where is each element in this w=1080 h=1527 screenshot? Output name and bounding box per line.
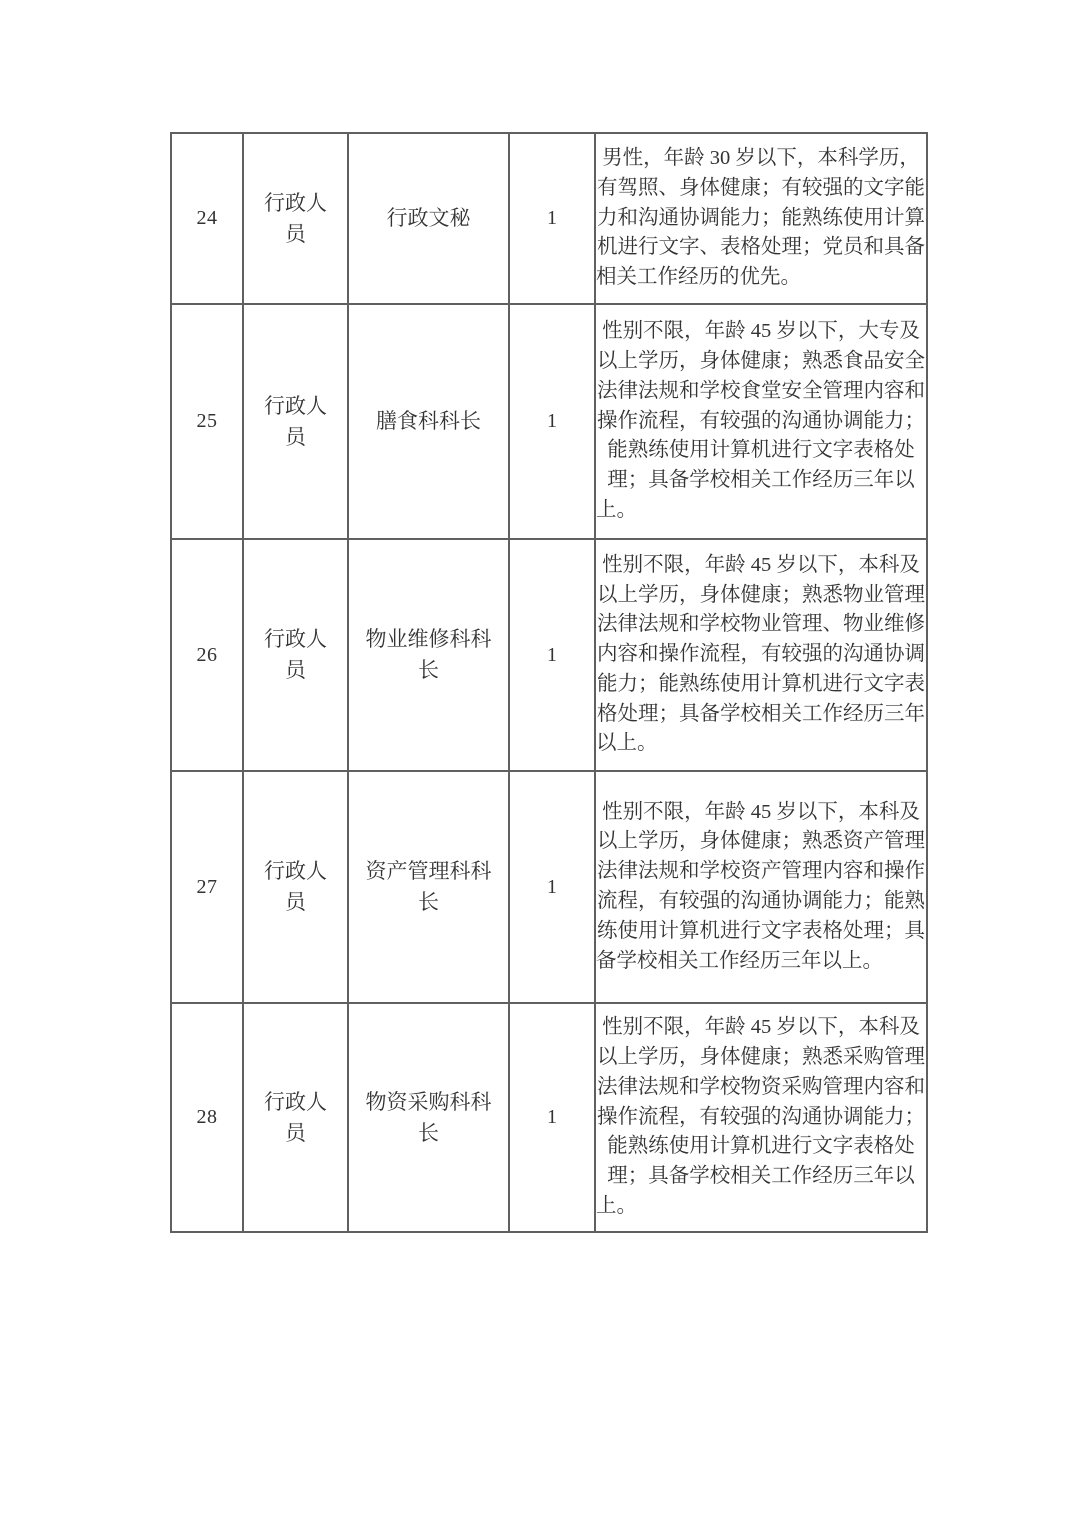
table-row: 28 行政人员 物资采购科科长 1 性别不限，年龄 45 岁以下，本科及以上学历… (171, 1003, 927, 1232)
job-positions-table: 24 行政人员 行政文秘 1 男性，年龄 30 岁以下，本科学历，有驾照、身体健… (170, 132, 928, 1233)
headcount-cell: 1 (509, 771, 595, 1003)
position-text: 资产管理科科长 (360, 856, 498, 918)
position-cell: 膳食科科长 (348, 304, 509, 539)
category-text: 行政人员 (263, 856, 329, 918)
headcount-text: 1 (547, 1106, 557, 1128)
position-text: 行政文秘 (387, 203, 471, 234)
position-cell: 行政文秘 (348, 133, 509, 304)
requirements-cell: 性别不限，年龄 45 岁以下，大专及以上学历，身体健康；熟悉食品安全法律法规和学… (595, 304, 927, 539)
headcount-cell: 1 (509, 133, 595, 304)
category-text: 行政人员 (263, 188, 329, 250)
position-text: 物资采购科科长 (360, 1087, 498, 1149)
headcount-text: 1 (547, 207, 557, 229)
category-text: 行政人员 (263, 624, 329, 686)
requirements-text: 性别不限，年龄 45 岁以下，本科及以上学历，身体健康；熟悉资产管理法律法规和学… (596, 801, 925, 972)
table-row: 25 行政人员 膳食科科长 1 性别不限，年龄 45 岁以下，大专及以上学历，身… (171, 304, 927, 539)
requirements-cell: 男性，年龄 30 岁以下，本科学历，有驾照、身体健康；有较强的文字能力和沟通协调… (595, 133, 927, 304)
row-number: 26 (197, 644, 218, 666)
row-number-cell: 26 (171, 539, 243, 771)
category-text: 行政人员 (263, 391, 329, 453)
row-number: 25 (197, 410, 218, 432)
requirements-cell: 性别不限，年龄 45 岁以下，本科及以上学历，身体健康；熟悉资产管理法律法规和学… (595, 771, 927, 1003)
position-cell: 物资采购科科长 (348, 1003, 509, 1232)
headcount-cell: 1 (509, 539, 595, 771)
requirements-text: 男性，年龄 30 岁以下，本科学历，有驾照、身体健康；有较强的文字能力和沟通协调… (596, 147, 925, 288)
row-number-cell: 24 (171, 133, 243, 304)
requirements-cell: 性别不限，年龄 45 岁以下，本科及以上学历，身体健康；熟悉物业管理法律法规和学… (595, 539, 927, 771)
row-number: 27 (197, 876, 218, 898)
row-number-cell: 28 (171, 1003, 243, 1232)
category-cell: 行政人员 (243, 1003, 348, 1232)
position-cell: 物业维修科科长 (348, 539, 509, 771)
headcount-cell: 1 (509, 1003, 595, 1232)
row-number: 24 (197, 207, 218, 229)
table-row: 27 行政人员 资产管理科科长 1 性别不限，年龄 45 岁以下，本科及以上学历… (171, 771, 927, 1003)
position-cell: 资产管理科科长 (348, 771, 509, 1003)
row-number: 28 (197, 1106, 218, 1128)
category-cell: 行政人员 (243, 304, 348, 539)
category-text: 行政人员 (263, 1087, 329, 1149)
table-row: 26 行政人员 物业维修科科长 1 性别不限，年龄 45 岁以下，本科及以上学历… (171, 539, 927, 771)
position-text: 物业维修科科长 (360, 624, 498, 686)
headcount-cell: 1 (509, 304, 595, 539)
headcount-text: 1 (547, 644, 557, 666)
headcount-text: 1 (547, 876, 557, 898)
document-page: 24 行政人员 行政文秘 1 男性，年龄 30 岁以下，本科学历，有驾照、身体健… (0, 0, 1080, 1527)
table-row: 24 行政人员 行政文秘 1 男性，年龄 30 岁以下，本科学历，有驾照、身体健… (171, 133, 927, 304)
headcount-text: 1 (547, 410, 557, 432)
position-text: 膳食科科长 (376, 406, 481, 437)
row-number-cell: 27 (171, 771, 243, 1003)
category-cell: 行政人员 (243, 133, 348, 304)
requirements-text: 性别不限，年龄 45 岁以下，本科及以上学历，身体健康；熟悉采购管理法律法规和学… (596, 1016, 925, 1217)
row-number-cell: 25 (171, 304, 243, 539)
requirements-text: 性别不限，年龄 45 岁以下，大专及以上学历，身体健康；熟悉食品安全法律法规和学… (596, 320, 925, 521)
category-cell: 行政人员 (243, 539, 348, 771)
requirements-text: 性别不限，年龄 45 岁以下，本科及以上学历，身体健康；熟悉物业管理法律法规和学… (596, 554, 925, 755)
requirements-cell: 性别不限，年龄 45 岁以下，本科及以上学历，身体健康；熟悉采购管理法律法规和学… (595, 1003, 927, 1232)
category-cell: 行政人员 (243, 771, 348, 1003)
